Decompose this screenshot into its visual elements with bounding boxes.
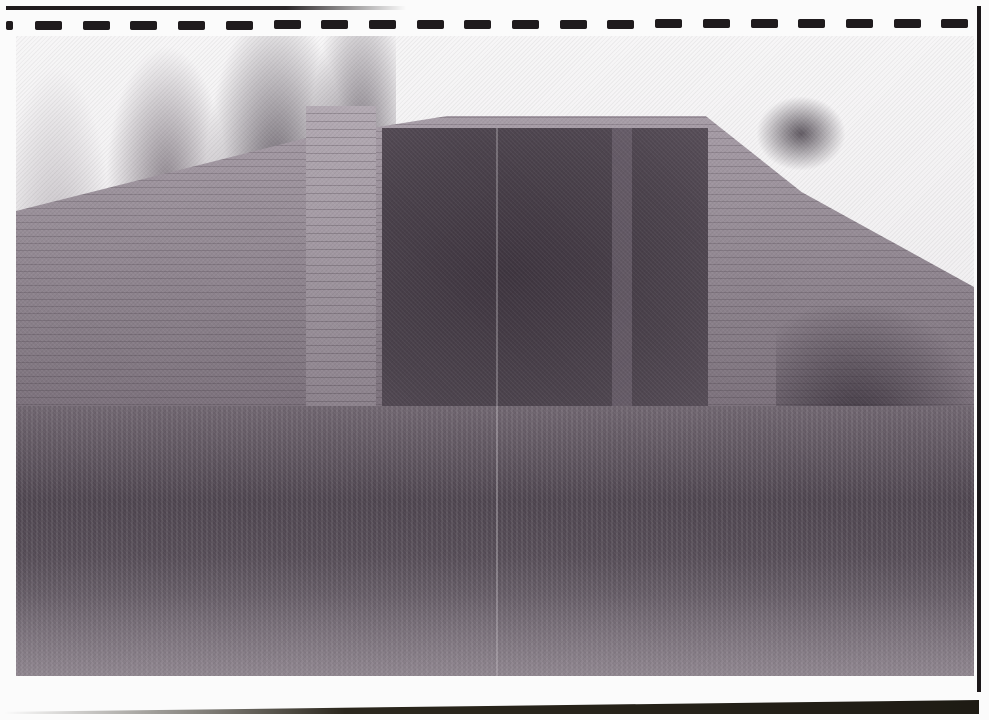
dash	[607, 20, 634, 29]
dash	[6, 21, 13, 30]
dash	[512, 20, 539, 29]
scan-top-rule	[6, 6, 406, 10]
dash	[369, 20, 396, 29]
scan-bottom-edge	[4, 700, 979, 714]
scan-right-edge	[977, 6, 981, 692]
dash	[655, 19, 682, 28]
dash	[751, 19, 778, 28]
brick-pillar	[306, 106, 376, 426]
photograph	[16, 36, 974, 676]
dash	[35, 21, 62, 30]
dash	[464, 20, 491, 29]
doorway-opening	[382, 128, 708, 418]
grass-highlight	[16, 556, 974, 676]
dash	[178, 21, 205, 30]
dash	[130, 21, 157, 30]
dash	[226, 21, 253, 30]
roof-shadow	[756, 96, 846, 171]
dash	[321, 20, 348, 29]
dash	[417, 20, 444, 29]
dash	[846, 19, 873, 28]
door-post	[612, 128, 632, 418]
dash	[274, 20, 301, 29]
dash	[703, 19, 730, 28]
dash	[83, 21, 110, 30]
dash	[894, 19, 921, 28]
dash	[941, 19, 968, 28]
dash	[560, 20, 587, 29]
perforation-dash-row	[6, 19, 971, 33]
dash	[798, 19, 825, 28]
